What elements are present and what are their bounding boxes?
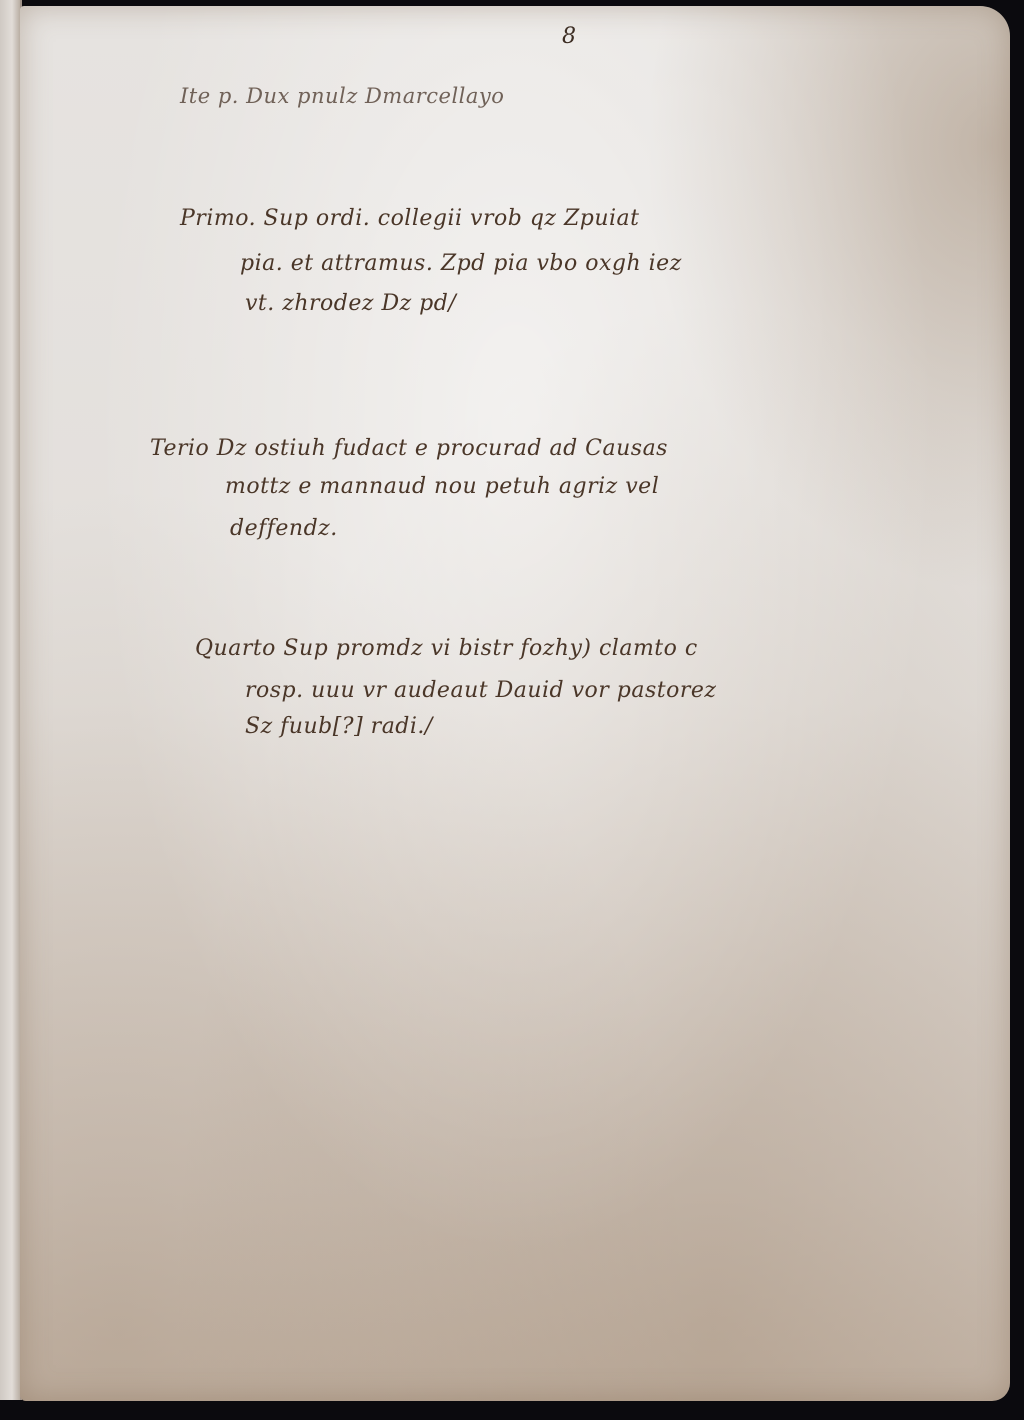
entry-2-line-2: mottz e mannaud nou petuh agriz vel [225, 474, 659, 499]
folio-heading: Ite p. Dux pnulz Dmarcellayo [180, 84, 504, 108]
page-number: 8 [562, 24, 576, 49]
entry-3-line-3: Sz fuub[?] radi./ [245, 714, 433, 739]
manuscript-page: 8 Ite p. Dux pnulz Dmarcellayo Primo. Su… [20, 6, 1010, 1401]
adjacent-page-edge [0, 0, 22, 1400]
entry-1-line-1: Primo. Sup ordi. collegii vrob qz Zpuiat [180, 206, 640, 231]
entry-3-line-1: Quarto Sup promdz vi bistr fozhy) clamto… [195, 636, 698, 661]
entry-1-line-2: pia. et attramus. Zpd pia vbo oxgh iez [240, 251, 682, 276]
entry-2-line-3: deffendz. [230, 516, 338, 541]
entry-1-line-3: vt. zhrodez Dz pd/ [245, 291, 456, 316]
entry-3-line-2: rosp. uuu vr audeaut Dauid vor pastorez [245, 678, 717, 703]
entry-2-line-1: Terio Dz ostiuh fudact e procurad ad Cau… [150, 436, 668, 461]
